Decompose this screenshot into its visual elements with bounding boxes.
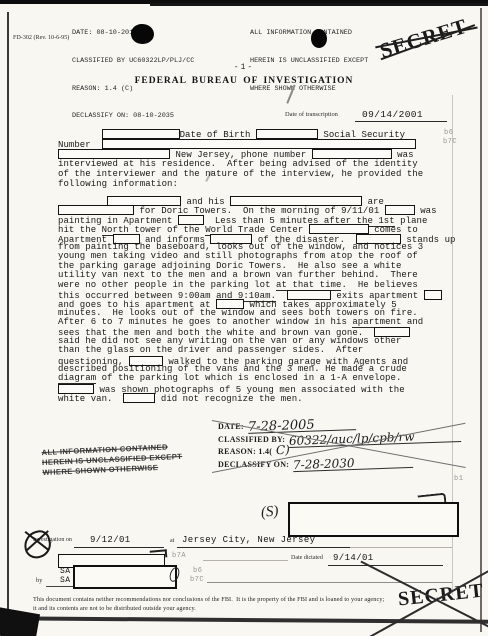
location-rule-extension — [350, 547, 452, 548]
redaction-box — [102, 129, 180, 139]
by-label: by — [36, 577, 43, 584]
footer-rule — [207, 582, 452, 583]
location-underline — [177, 547, 350, 548]
fd302-scanned-page: FD-302 (Rev. 10-6-95) DATE: 08-10-2010 C… — [0, 0, 488, 636]
disclaimer-line-2: it and its contents are not to be distri… — [33, 605, 196, 612]
body-line: painting in Apartment Less than 5 minute… — [58, 215, 458, 224]
foia-code-b6-bottom: b6 — [193, 567, 202, 575]
underlined-text: diagram — [58, 373, 96, 384]
redaction-box — [385, 205, 415, 215]
body-text: . He believes — [341, 280, 417, 290]
form-number: FD-302 (Rev. 10-6-95) — [13, 35, 69, 41]
body-text: white van. — [58, 394, 123, 404]
body-text: interviewed at his residence. After bein… — [58, 159, 418, 169]
scan-edge-bottom — [0, 616, 488, 623]
date-dictated-value: 9/14/01 — [333, 553, 374, 563]
body-line: New Jersey, phone number was — [58, 149, 458, 159]
redaction-box — [102, 139, 416, 149]
declass-line: REASON: 1.4 (C) — [72, 85, 194, 94]
body-line: were no other people in the parking lot … — [58, 281, 458, 290]
sa-label-2: SA — [60, 576, 70, 585]
body-text: of the parking lot which is enclosed in … — [96, 373, 401, 383]
investigation-date-underline — [74, 547, 164, 548]
sa-label-1: SA — [60, 567, 70, 576]
body-line: than the glass on the driver and passeng… — [58, 346, 458, 355]
body-text: than the glass on the driver and passeng… — [58, 345, 363, 355]
body-text: of the interviewer and the nature of the… — [58, 169, 423, 179]
stamp-date-row: DATE:7-28-2005 — [218, 416, 468, 429]
transcription-label: Date of transcription — [285, 111, 338, 118]
document-title: FEDERAL BUREAU OF INVESTIGATION — [0, 76, 488, 86]
body-line: Number — [58, 139, 458, 149]
redaction-box — [58, 149, 170, 159]
transcription-underline — [355, 121, 447, 122]
info-stamp-line: ALL INFORMATION CONTAINED — [250, 29, 368, 38]
body-line: hit the North tower of the World Trade C… — [58, 224, 458, 233]
body-line: was shown photographs of 5 young men ass… — [58, 384, 458, 393]
at-label: at — [170, 538, 174, 544]
body-paragraph-2: and his are for Doric Towers. On the mor… — [58, 196, 458, 403]
body-line: diagram of the parking lot which is encl… — [58, 374, 458, 383]
declass-line: DECLASSIFY ON: 08-10-2035 — [72, 112, 194, 121]
secret-stamp-top: SECRET — [377, 14, 470, 64]
body-text: were no other people in the parking lot — [58, 280, 276, 290]
date-dictated-underline — [328, 565, 443, 566]
info-stamp-bottom: ALL INFORMATION CONTAINED HEREIN IS UNCL… — [41, 442, 182, 478]
redaction-box — [312, 149, 392, 159]
transcription-date: 09/14/2001 — [362, 109, 423, 120]
redaction-box-agent-2 — [73, 565, 177, 589]
redaction-box — [424, 290, 442, 300]
redaction-box — [58, 205, 134, 215]
body-line: following information: — [58, 179, 458, 189]
body-text: After 6 to 7 minutes he goes to another … — [58, 317, 352, 327]
body-line: After 6 to 7 minutes he goes to another … — [58, 318, 458, 327]
disclaimer-line-1: This document contains neither recommend… — [33, 596, 384, 603]
file-number-rule — [203, 560, 288, 561]
location-value: Jersey City, New Jersey — [182, 535, 315, 545]
stamp-declass-value: 7-28-2030 — [293, 455, 413, 471]
redaction-blob — [131, 24, 154, 44]
classification-s-mark: (S) — [260, 503, 279, 522]
body-line: for Doric Towers. On the morning of 9/11… — [58, 205, 458, 214]
redaction-box — [123, 393, 155, 403]
body-line: and his are — [58, 196, 458, 205]
redaction-blob — [311, 29, 327, 48]
document-body: Date of Birth Social SecurityNumber New … — [58, 129, 458, 403]
classification-stamp-2005: DATE:7-28-2005 CLASSIFIED BY:60322/auc/l… — [218, 416, 468, 466]
info-stamp-line: WHERE SHOWN OTHERWISE — [250, 85, 368, 94]
body-text: and — [401, 317, 423, 327]
investigation-date: 9/12/01 — [90, 535, 131, 545]
large-redaction-box — [288, 502, 459, 537]
body-text: following information: — [58, 179, 178, 189]
scan-edge-left — [7, 12, 9, 612]
date-dictated-label: Date dictated — [291, 555, 323, 561]
body-line: of the interviewer and the nature of the… — [58, 169, 458, 179]
body-text: did not recognize the men. — [155, 394, 302, 404]
foia-code-b1: b1 — [454, 475, 463, 483]
underlined-text: apartment — [352, 317, 401, 328]
body-line: Date of Birth Social Security — [58, 129, 458, 139]
page-number: -1- — [0, 63, 488, 72]
info-stamp-top: ALL INFORMATION CONTAINED HEREIN IS UNCL… — [250, 11, 368, 112]
body-paragraph-1: Date of Birth Social SecurityNumber New … — [58, 129, 458, 189]
scan-edge-right — [480, 8, 482, 632]
foia-code-b7a: b7A — [172, 552, 186, 560]
scan-edge-top-2 — [150, 3, 488, 6]
redaction-box — [256, 129, 318, 139]
foia-code-b7c-bottom: b7C — [190, 576, 204, 584]
body-line: this occurred between 9:00am and 9:10am.… — [58, 290, 458, 299]
body-line: interviewed at his residence. After bein… — [58, 159, 458, 169]
underlined-text: at that time — [276, 280, 341, 291]
